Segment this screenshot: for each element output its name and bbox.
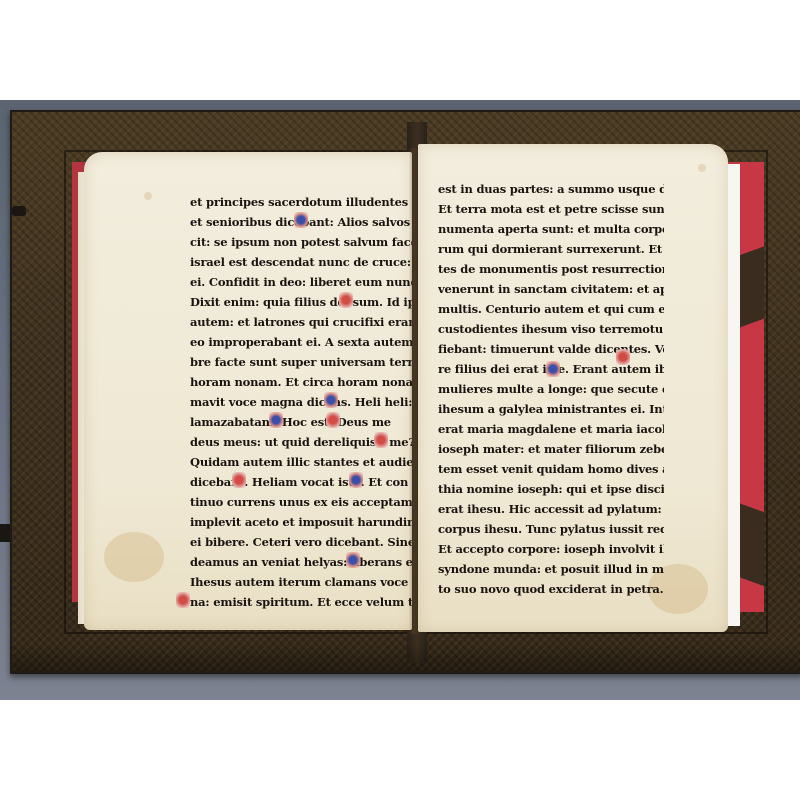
foxing-stain <box>144 192 152 200</box>
left-page: et principes sacerdotum illudentes cum s… <box>84 152 412 630</box>
left-page-text: et principes sacerdotum illudentes cum s… <box>190 192 412 612</box>
red-initial <box>326 412 340 428</box>
text-line: thia nomine ioseph: qui et ipse discipul… <box>438 479 664 499</box>
text-line: tes de monumentis post resurrectionem ei… <box>438 259 664 279</box>
text-line: ioseph mater: et mater filiorum zebedei.… <box>438 439 664 459</box>
text-line: lamazabatani: Hoc est. Deus me <box>190 412 412 432</box>
text-line: autem: et latrones qui crucifixi erant c… <box>190 312 412 332</box>
blue-initial <box>294 212 308 228</box>
blue-initial <box>269 412 283 428</box>
text-line: erat maria magdalene et maria iacobi et <box>438 419 664 439</box>
text-line: fiebant: timuerunt valde dicentes. Ve <box>438 339 664 359</box>
text-line: na: emisit spiritum. Et ecce velum templ… <box>190 592 412 612</box>
water-stain <box>104 532 164 582</box>
text-line: implevit aceto et imposuit harundini: et… <box>190 512 412 532</box>
text-line: to suo novo quod exciderat in petra. Et … <box>438 579 664 599</box>
text-line: et principes sacerdotum illudentes cum s… <box>190 192 412 212</box>
text-line: Ihesus autem iterum clamans voce mag <box>190 572 412 592</box>
text-line: tem esset venit quidam homo dives ab ara… <box>438 459 664 479</box>
text-line: erat ihesu. Hic accessit ad pylatum: et … <box>438 499 664 519</box>
clasp <box>12 206 26 216</box>
blue-initial <box>324 392 338 408</box>
text-line: corpus ihesu. Tunc pylatus iussit reddi … <box>438 519 664 539</box>
text-line: ei bibere. Ceteri vero dicebant. Sine: v… <box>190 532 412 552</box>
text-line: ei. Confidit in deo: liberet eum nunc si… <box>190 272 412 292</box>
text-line: rum qui dormierant surrexerunt. Et exeun <box>438 239 664 259</box>
text-line: horam nonam. Et circa horam nonam cla <box>190 372 412 392</box>
text-line: bre facte sunt super universam terram: u… <box>190 352 412 372</box>
text-line: multis. Centurio autem et qui cum eo era… <box>438 299 664 319</box>
red-initial <box>232 472 246 488</box>
clasp <box>0 524 10 542</box>
text-line: Et accepto corpore: ioseph involvit illu… <box>438 539 664 559</box>
blue-initial <box>349 472 363 488</box>
text-line: custodientes ihesum viso terremotu et hy… <box>438 319 664 339</box>
red-initial <box>374 432 388 448</box>
red-initial <box>176 592 190 608</box>
red-initial <box>616 349 630 365</box>
text-line: dicebant. Heliam vocat iste. Et con <box>190 472 412 492</box>
blue-initial <box>546 361 560 377</box>
red-initial <box>339 292 353 308</box>
text-line: ihesum a galylea ministrantes ei. Inter … <box>438 399 664 419</box>
text-line: syndone munda: et posuit illud in monume… <box>438 559 664 579</box>
text-line: Et terra mota est et petre scisse sunt e… <box>438 199 664 219</box>
leather-binding: et principes sacerdotum illudentes cum s… <box>10 110 800 674</box>
text-line: cit: se ipsum non potest salvum facere. … <box>190 232 412 252</box>
photograph: et principes sacerdotum illudentes cum s… <box>0 100 800 700</box>
text-line: est in duas partes: a summo usque deorsu… <box>438 179 664 199</box>
text-line: tinuo currens unus ex eis acceptam spong… <box>190 492 412 512</box>
right-page: est in duas partes: a summo usque deorsu… <box>418 144 728 632</box>
text-line: israel est descendat nunc de cruce: et c… <box>190 252 412 272</box>
right-page-text: est in duas partes: a summo usque deorsu… <box>438 179 664 599</box>
text-line: numenta aperta sunt: et multa corpora sa… <box>438 219 664 239</box>
blue-initial <box>346 552 360 568</box>
text-line: deamus an veniat helyas: liberans eum. <box>190 552 412 572</box>
text-line: mulieres multe a longe: que secute erant <box>438 379 664 399</box>
text-line: venerunt in sanctam civitatem: et apparu… <box>438 279 664 299</box>
foxing-stain <box>698 164 706 172</box>
text-line: Quidam autem illic stantes et audientes <box>190 452 412 472</box>
text-line: Dixit enim: quia filius dei sum. Id ipsu… <box>190 292 412 312</box>
text-line: mavit voce magna dicens. Heli heli: <box>190 392 412 412</box>
text-line: eo improperabant ei. A sexta autem hora … <box>190 332 412 352</box>
